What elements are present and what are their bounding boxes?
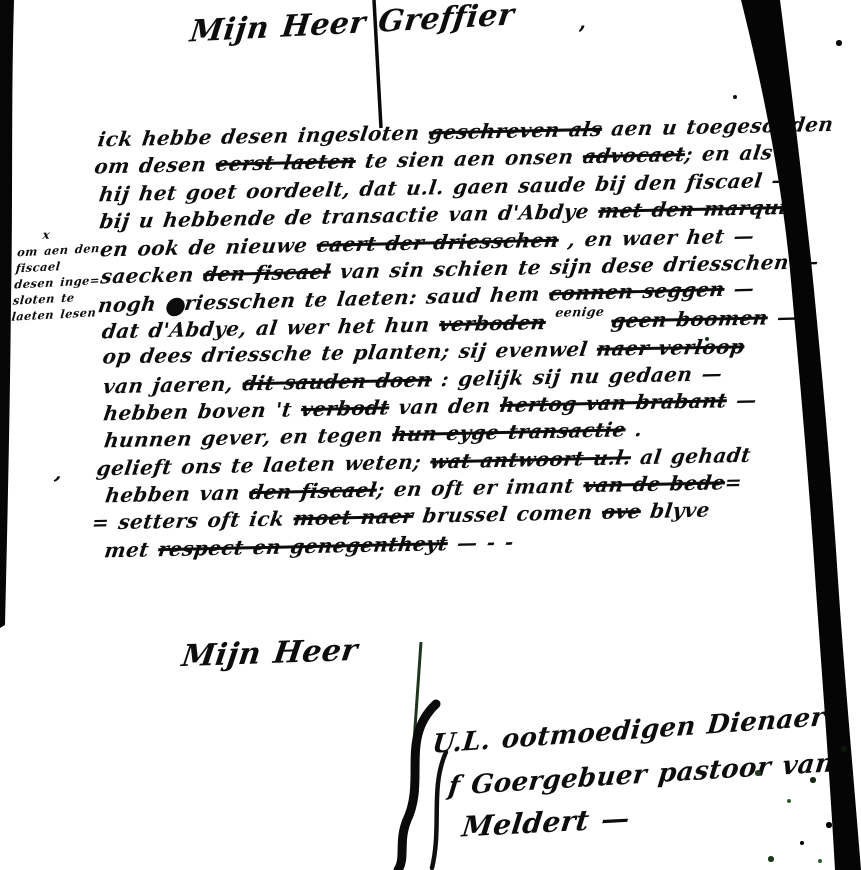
- signature-line: Meldert —: [460, 801, 632, 843]
- struck-text: hun eyge transactie: [391, 418, 628, 447]
- struck-text: verboden: [438, 310, 548, 336]
- signature-bracket-stroke: [398, 704, 436, 870]
- pen-mark-after-salutation: ’: [578, 22, 586, 48]
- closing: Mijn Heer: [180, 633, 360, 674]
- body-text: =: [723, 470, 743, 494]
- body-text: van jaeren,: [102, 371, 245, 398]
- body-text: brussel comen: [412, 500, 604, 528]
- struck-text: met den marquis: [597, 195, 801, 223]
- body-text: = setters oft ick: [90, 507, 295, 535]
- letter-body: ick hebbe desen ingesloten geschreven al…: [97, 113, 806, 566]
- struck-text: verbodt: [299, 395, 391, 421]
- struck-text: wat antwoort u.l.: [429, 445, 633, 473]
- body-text: blyve: [639, 498, 711, 524]
- inserted-word: eenige: [554, 304, 605, 320]
- struck-text: dit sauden doen: [241, 367, 434, 395]
- body-text: —: [766, 304, 799, 329]
- body-text: te sien aen onsen: [354, 145, 584, 174]
- body-text: —: [723, 276, 756, 301]
- struck-text: advocaet: [581, 142, 686, 168]
- struck-text: caert der driesschen: [315, 227, 560, 256]
- body-text: om desen: [93, 152, 218, 179]
- body-text: hebben boven 't: [102, 397, 303, 425]
- struck-text: den fiscael: [202, 259, 333, 286]
- body-text: al gehadt: [629, 442, 752, 469]
- struck-text: naer verloop: [595, 334, 746, 360]
- body-text: .: [624, 417, 644, 441]
- body-text: aen u toegesonden: [600, 112, 835, 141]
- body-text: — - -: [446, 530, 515, 555]
- struck-text: connen seggen: [548, 277, 727, 306]
- struck-text: den fiscael: [248, 478, 379, 505]
- body-text: ick hebbe desen ingesloten: [96, 120, 430, 151]
- struck-text: geschreven als: [427, 117, 603, 145]
- struck-text: eerst laeten: [214, 149, 357, 176]
- body-text: ; en oft er imant: [375, 473, 585, 501]
- struck-text: moet naer: [292, 504, 415, 531]
- pen-stroke-closing: [414, 642, 421, 742]
- body-text: en ook de nieuwe: [99, 232, 319, 261]
- struck-text: van de bede: [582, 470, 727, 497]
- struck-text: geen boomen: [610, 305, 770, 332]
- body-text: saecken: [99, 262, 205, 288]
- body-text: met: [103, 537, 160, 562]
- body-text: —: [725, 388, 758, 413]
- letter-scan-page: Mijn Heer Greffier ’ xom aen denfiscaeld…: [0, 0, 861, 870]
- scan-noise: [0, 0, 2, 2]
- body-text: van den: [388, 393, 502, 419]
- struck-text: ove: [600, 500, 642, 525]
- struck-text: hertog van brabant: [498, 388, 728, 417]
- signature-line: U.L. ootmoedigen Dienaer: [431, 702, 826, 760]
- salutation: Mijn Heer Greffier: [188, 0, 516, 50]
- signature-line: f Goergebuer pastoor van: [447, 748, 836, 802]
- body-text: nogh: [97, 292, 168, 318]
- struck-text: respect en genegentheyt: [157, 531, 450, 561]
- body-text: , en waer het —: [557, 223, 756, 251]
- body-text: ; en als: [683, 141, 774, 167]
- stray-pen-mark: ’: [49, 471, 62, 498]
- signature-bracket-stroke-2: [432, 752, 446, 868]
- body-text: hunnen gever, en tegen: [103, 423, 394, 453]
- body-text: hebben van: [104, 480, 251, 507]
